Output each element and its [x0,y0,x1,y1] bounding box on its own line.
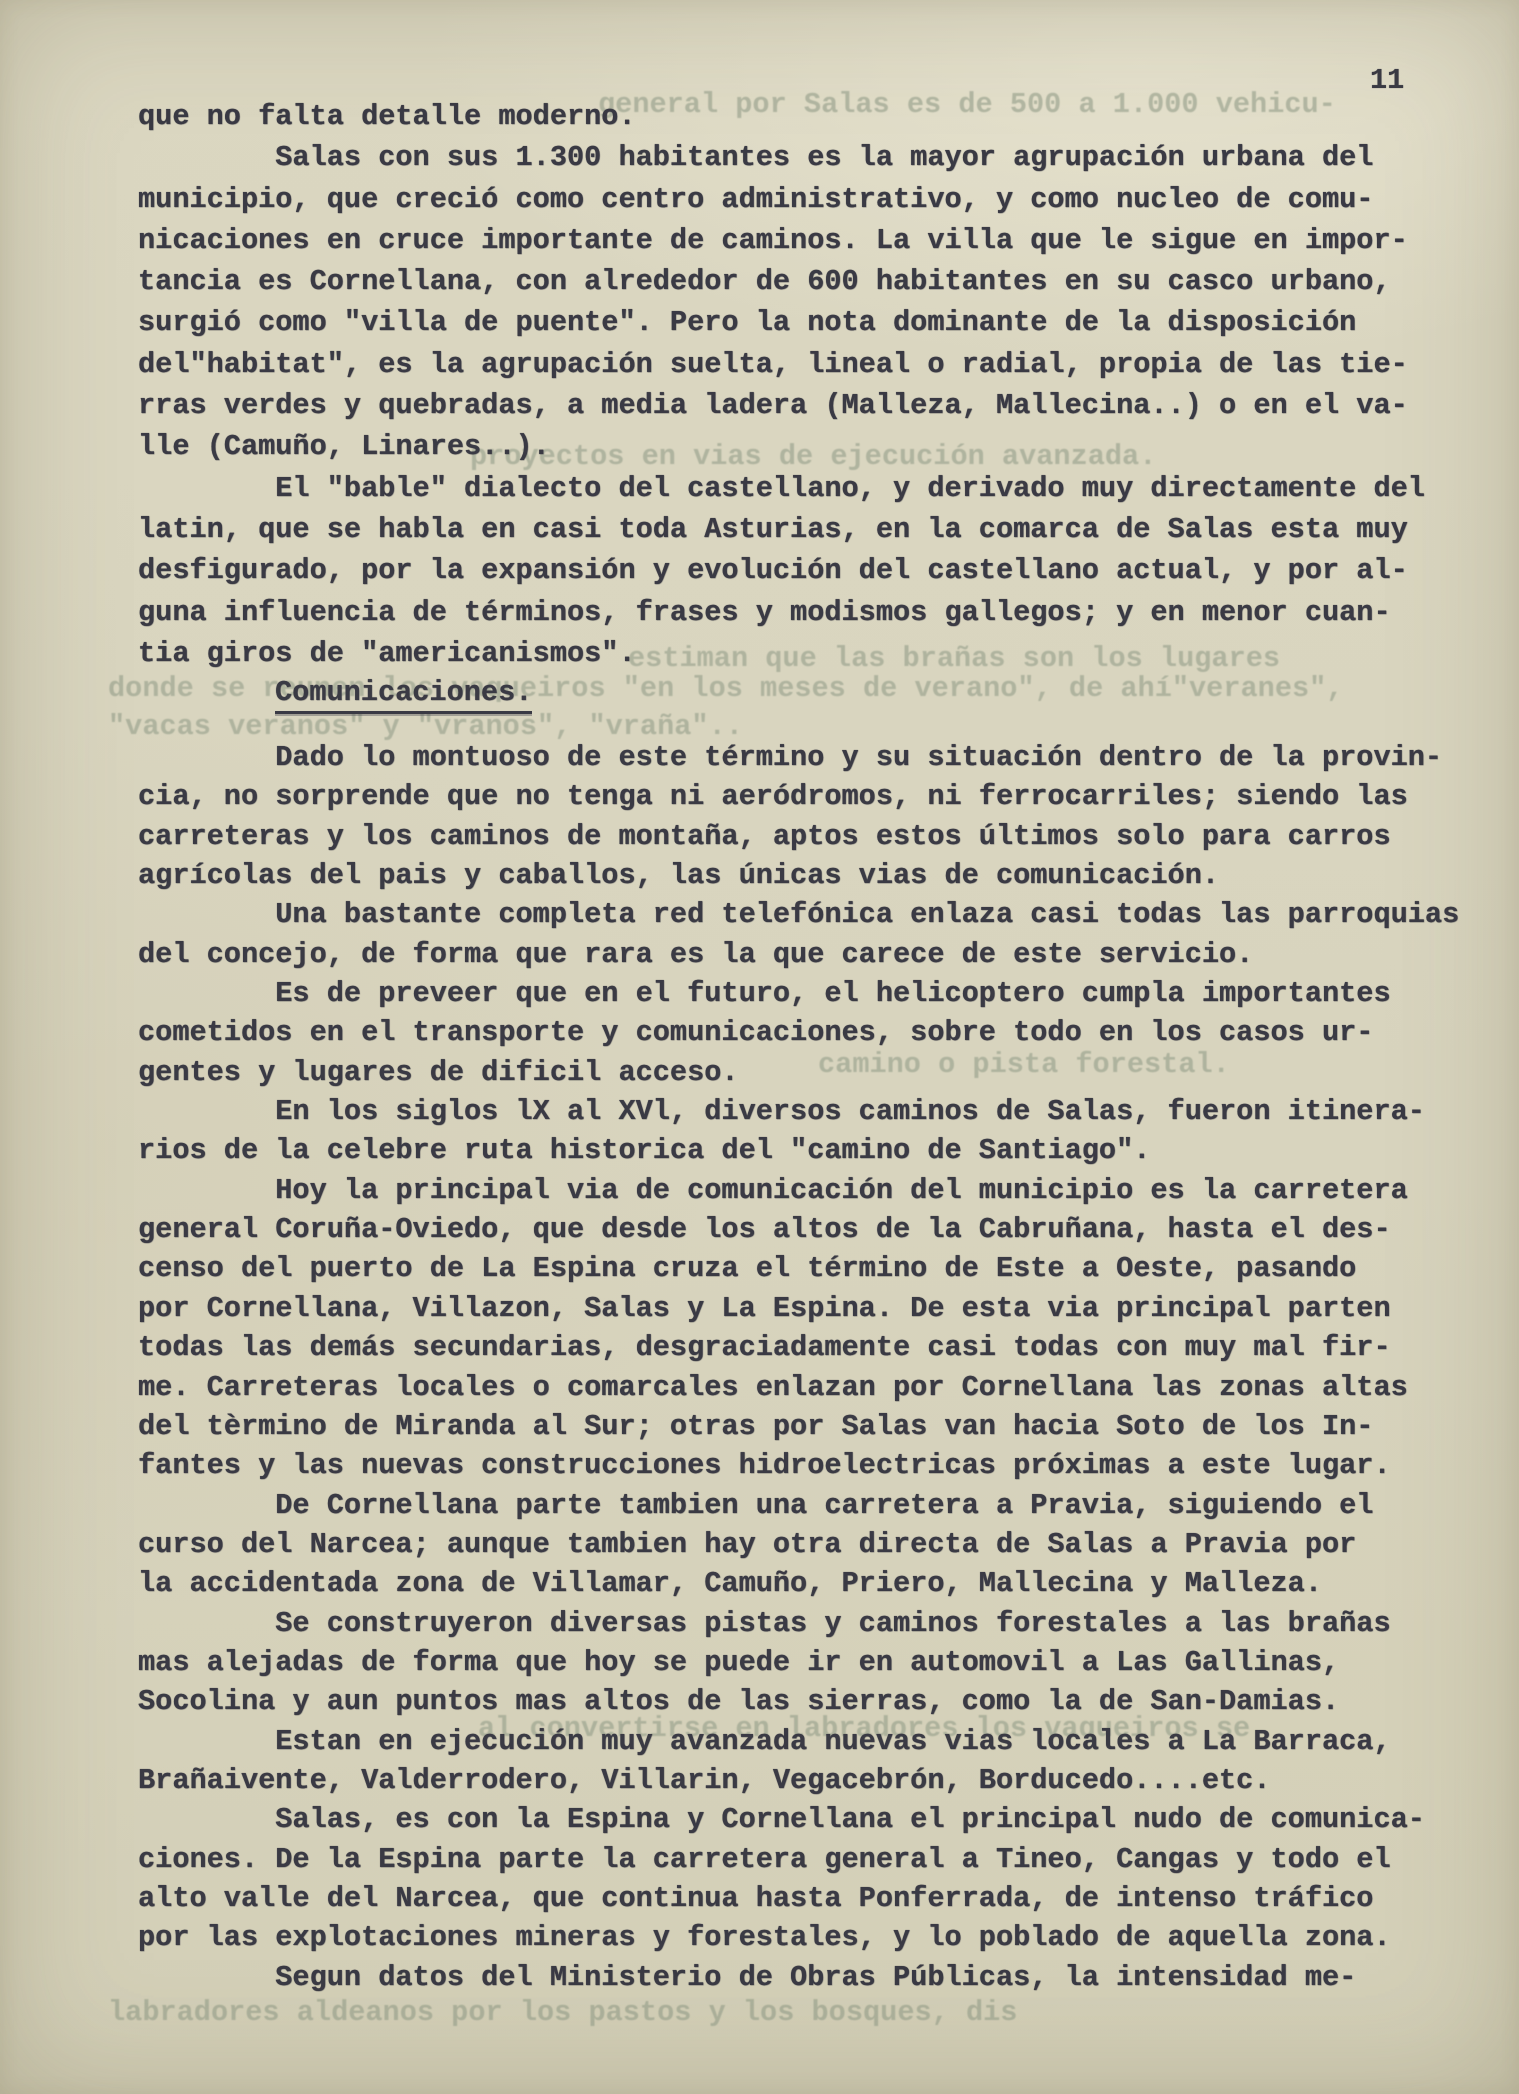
text-line: ciones. De la Espina parte la carretera … [138,1840,1459,1879]
text-line: nicaciones en cruce importante de camino… [138,220,1425,261]
text-line: fantes y las nuevas construcciones hidro… [138,1446,1459,1485]
text-line: carreteras y los caminos de montaña, apt… [138,817,1459,856]
text-line: tia giros de "americanismos". [138,633,1425,674]
bleedthrough-text: labradores aldeanos por los pastos y los… [108,1996,1017,2029]
text-line: guna influencia de términos, frases y mo… [138,592,1425,633]
paragraph-block-communications: Dado lo montuoso de este término y su si… [138,738,1459,1997]
text-line: surgió como "villa de puente". Pero la n… [138,302,1425,343]
text-line: del tèrmino de Miranda al Sur; otras por… [138,1407,1459,1446]
text-line: alto valle del Narcea, que continua hast… [138,1879,1459,1918]
text-line: El "bable" dialecto del castellano, y de… [138,468,1425,509]
text-line: que no falta detalle moderno. [138,96,1425,137]
text-line: Dado lo montuoso de este término y su si… [138,738,1459,777]
text-line: Hoy la principal via de comunicación del… [138,1171,1459,1210]
text-line: cia, no sorprende que no tenga ni aeródr… [138,777,1459,816]
text-line: En los siglos lX al XVl, diversos camino… [138,1092,1459,1131]
section-heading-label: Comunicaciones. [275,676,532,714]
text-line: municipio, que creció como centro admini… [138,179,1425,220]
text-line: Salas con sus 1.300 habitantes es la may… [138,137,1425,178]
text-line: censo del puerto de La Espina cruza el t… [138,1249,1459,1288]
text-line: Una bastante completa red telefónica enl… [138,895,1459,934]
text-line: del concejo, de forma que rara es la que… [138,935,1459,974]
text-line: Es de preveer que en el futuro, el helic… [138,974,1459,1013]
text-line: cometidos en el transporte y comunicacio… [138,1013,1459,1052]
text-line: tancia es Cornellana, con alrededor de 6… [138,261,1425,302]
page-number: 11 [1370,64,1404,97]
text-line: general Coruña-Oviedo, que desde los alt… [138,1210,1459,1249]
text-line: gentes y lugares de dificil acceso. [138,1053,1459,1092]
text-line: curso del Narcea; aunque tambien hay otr… [138,1525,1459,1564]
text-line: latin, que se habla en casi toda Asturia… [138,509,1425,550]
text-line: De Cornellana parte tambien una carreter… [138,1486,1459,1525]
scanned-typewritten-page: general por Salas es de 500 a 1.000 vehi… [0,0,1519,2094]
text-line: todas las demás secundarias, desgraciada… [138,1328,1459,1367]
text-line: rras verdes y quebradas, a media ladera … [138,385,1425,426]
text-line: la accidentada zona de Villamar, Camuño,… [138,1564,1459,1603]
text-line: por Cornellana, Villazon, Salas y La Esp… [138,1289,1459,1328]
text-line: rios de la celebre ruta historica del "c… [138,1131,1459,1170]
text-line: por las explotaciones mineras y forestal… [138,1918,1459,1957]
text-line: Segun datos del Ministerio de Obras Públ… [138,1958,1459,1997]
text-line: Socolina y aun puntos mas altos de las s… [138,1682,1459,1721]
text-line: Brañaivente, Valderrodero, Villarin, Veg… [138,1761,1459,1800]
text-line: desfigurado, por la expansión y evolució… [138,550,1425,591]
section-heading-communications: Comunicaciones. [275,676,532,714]
text-line: agrícolas del pais y caballos, las única… [138,856,1459,895]
text-line: del"habitat", es la agrupación suelta, l… [138,344,1425,385]
text-line: lle (Camuño, Linares..). [138,426,1425,467]
text-line: Salas, es con la Espina y Cornellana el … [138,1800,1459,1839]
text-line: Estan en ejecución muy avanzada nuevas v… [138,1722,1459,1761]
text-line: me. Carreteras locales o comarcales enla… [138,1368,1459,1407]
text-line: mas alejadas de forma que hoy se puede i… [138,1643,1459,1682]
text-line: Se construyeron diversas pistas y camino… [138,1604,1459,1643]
paragraph-block-top: que no falta detalle moderno. Salas con … [138,96,1425,674]
